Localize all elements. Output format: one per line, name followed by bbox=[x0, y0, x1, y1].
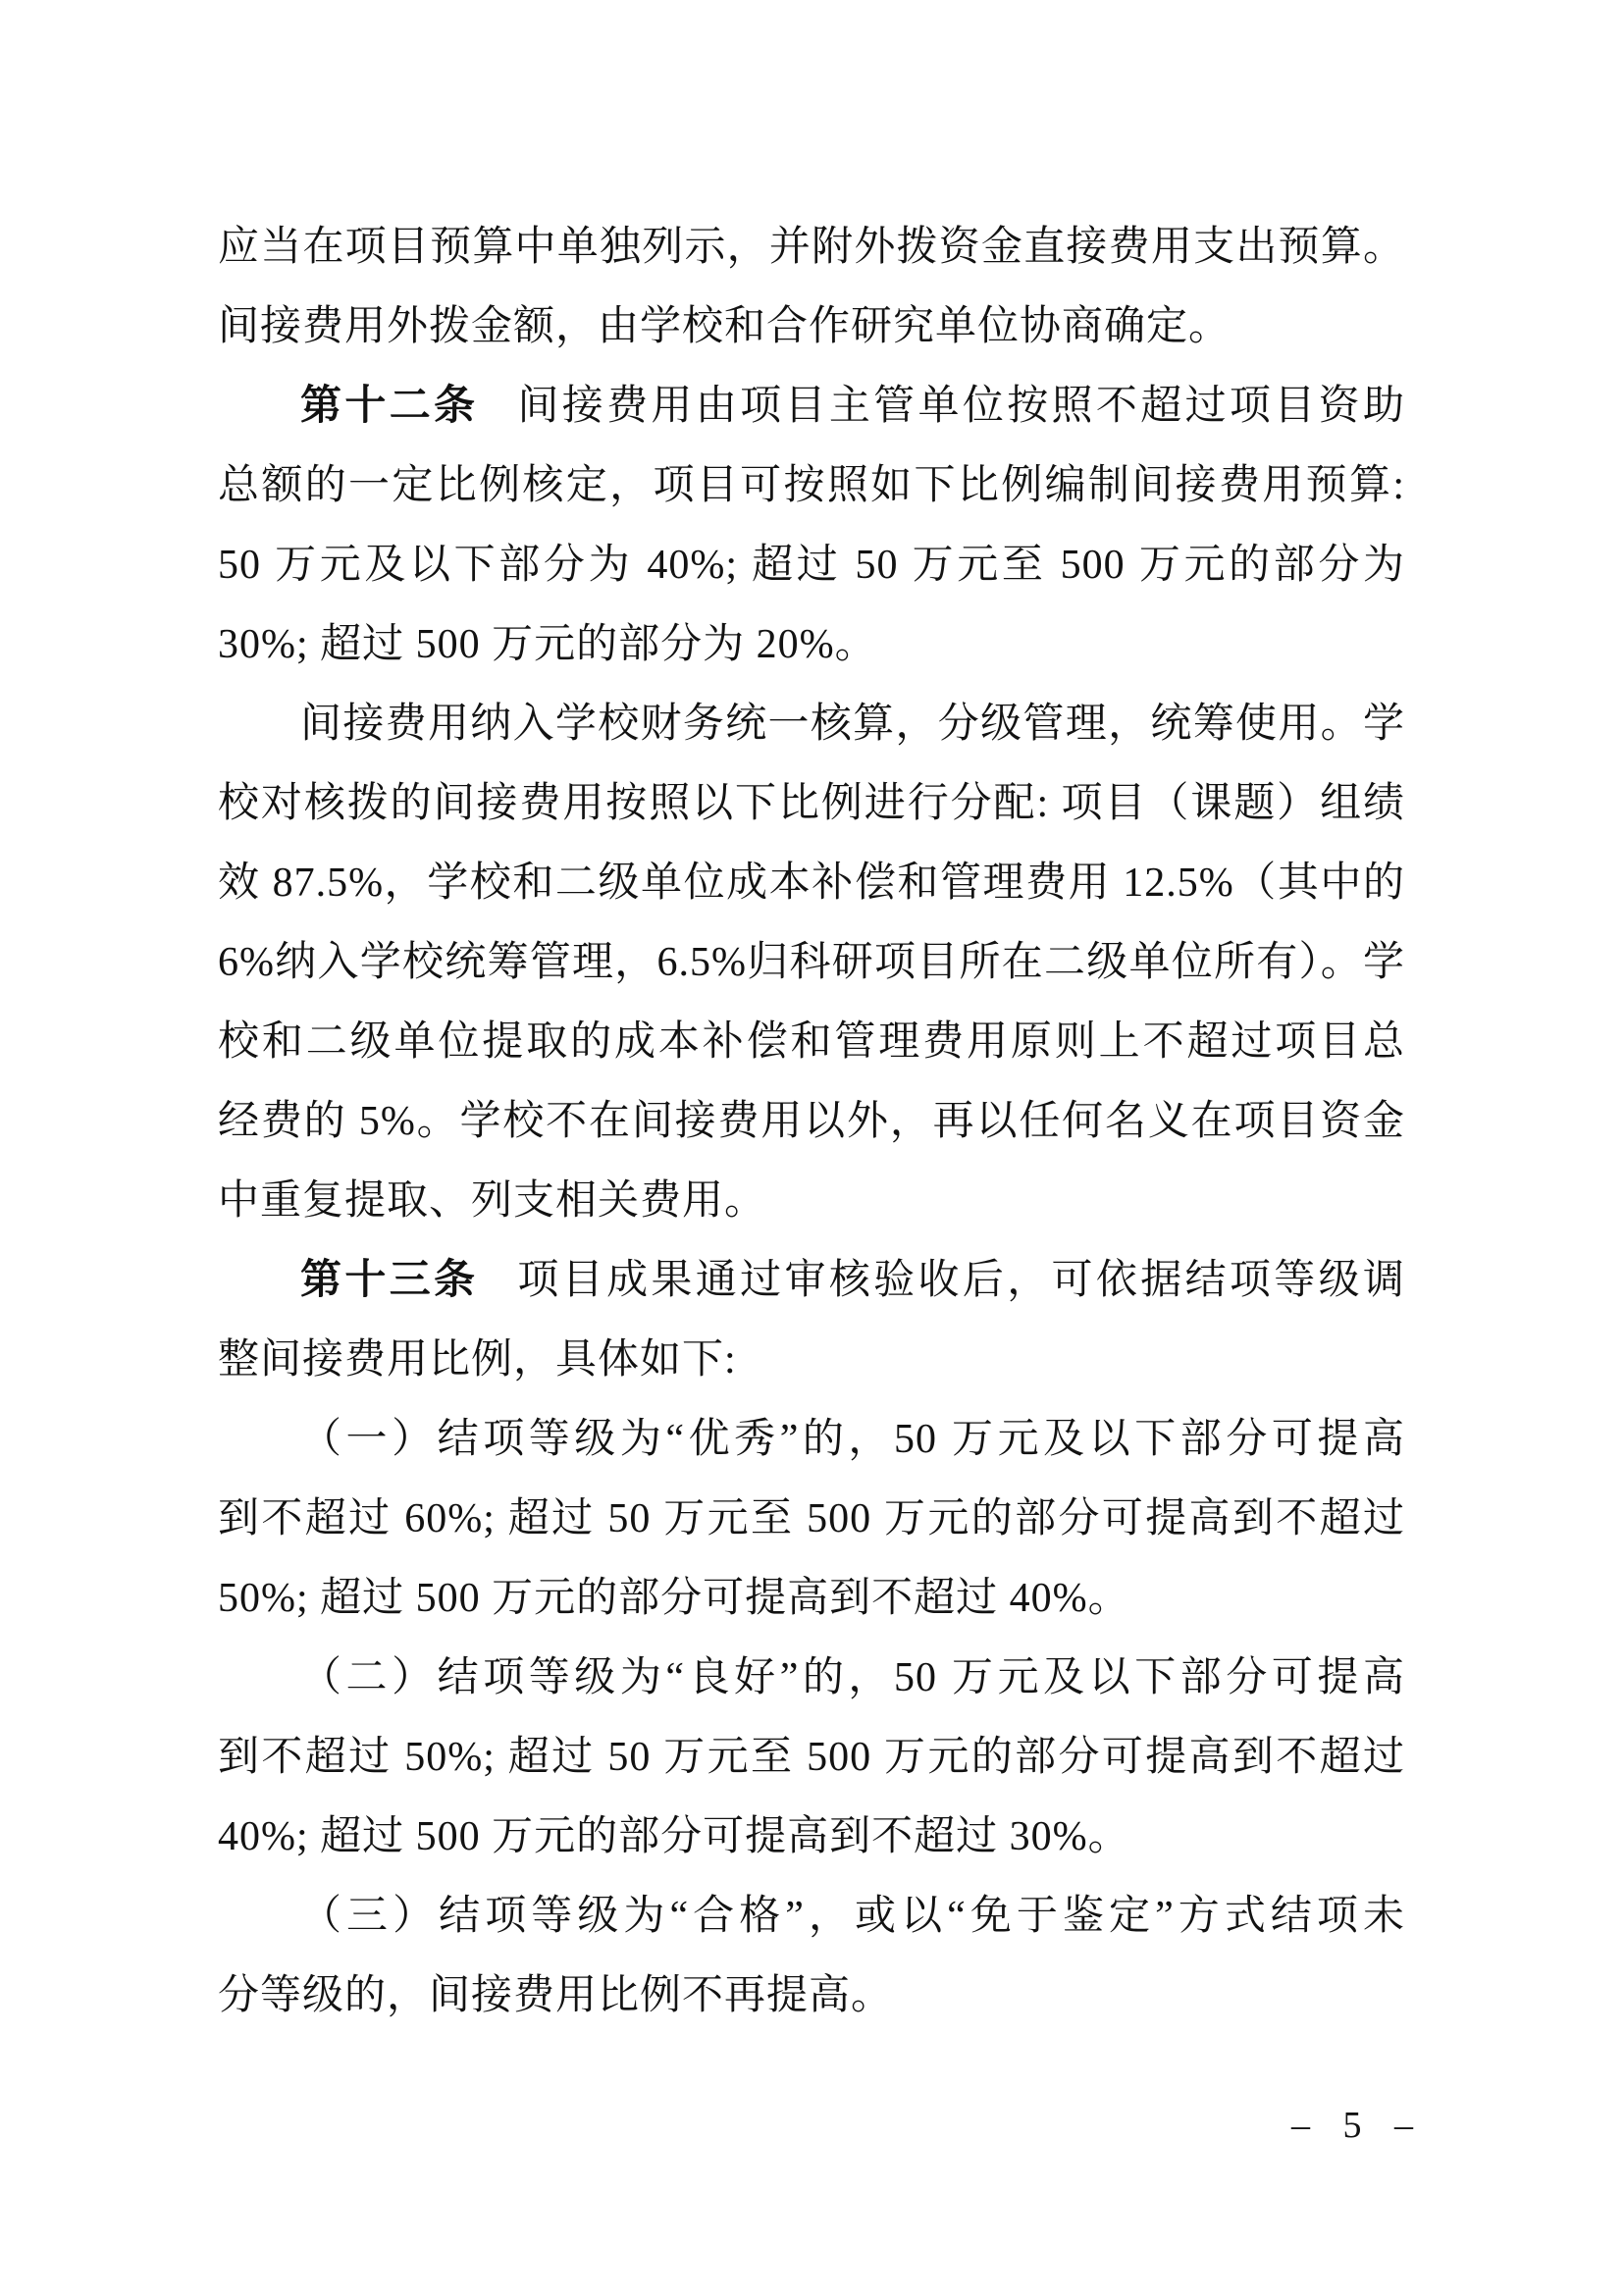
text-line: 中重复提取、列支相关费用。 bbox=[218, 1162, 1405, 1241]
text-line: 到不超过 60%; 超过 50 万元至 500 万元的部分可提高到不超过 bbox=[218, 1480, 1405, 1559]
line-text: 到不超过 60%; 超过 50 万元至 500 万元的部分可提高到不超过 bbox=[218, 1496, 1405, 1541]
line-text: 校和二级单位提取的成本补偿和管理费用原则上不超过项目总 bbox=[218, 1019, 1405, 1065]
line-text: 间接费用由项目主管单位按照不超过项目资助 bbox=[517, 384, 1405, 429]
text-line: 40%; 超过 500 万元的部分可提高到不超过 30%。 bbox=[218, 1798, 1405, 1877]
line-text: （一）结项等级为“优秀”的，50 万元及以下部分可提高 bbox=[300, 1417, 1405, 1462]
page-number: – 5 – bbox=[1291, 2102, 1420, 2149]
text-line: 50%; 超过 500 万元的部分可提高到不超过 40%。 bbox=[218, 1559, 1405, 1639]
line-text: 整间接费用比例，具体如下: bbox=[218, 1337, 737, 1383]
text-line: 校和二级单位提取的成本补偿和管理费用原则上不超过项目总 bbox=[218, 1003, 1405, 1082]
text-line: 总额的一定比例核定，项目可按照如下比例编制间接费用预算: bbox=[218, 446, 1405, 526]
text-line: 经费的 5%。学校不在间接费用以外，再以任何名义在项目资金 bbox=[218, 1082, 1405, 1162]
text-line: （三）结项等级为“合格”，或以“免于鉴定”方式结项未 bbox=[218, 1877, 1405, 1957]
article-number: 第十三条 bbox=[300, 1258, 478, 1303]
line-text: （二）结项等级为“良好”的，50 万元及以下部分可提高 bbox=[300, 1655, 1405, 1700]
line-text: 校对核拨的间接费用按照以下比例进行分配: 项目（课题）组绩 bbox=[218, 781, 1405, 826]
text-line: （一）结项等级为“优秀”的，50 万元及以下部分可提高 bbox=[218, 1400, 1405, 1480]
text-line: 整间接费用比例，具体如下: bbox=[218, 1321, 1405, 1400]
document-page: 应当在项目预算中单独列示，并附外拨资金直接费用支出预算。间接费用外拨金额，由学校… bbox=[0, 0, 1624, 2296]
text-line: 间接费用纳入学校财务统一核算，分级管理，统筹使用。学 bbox=[218, 685, 1405, 764]
line-text: 项目成果通过审核验收后，可依据结项等级调 bbox=[517, 1258, 1405, 1303]
document-body: 应当在项目预算中单独列示，并附外拨资金直接费用支出预算。间接费用外拨金额，由学校… bbox=[218, 208, 1405, 2036]
text-line: 第十二条间接费用由项目主管单位按照不超过项目资助 bbox=[218, 367, 1405, 446]
text-line: 校对核拨的间接费用按照以下比例进行分配: 项目（课题）组绩 bbox=[218, 764, 1405, 844]
line-text: 50 万元及以下部分为 40%; 超过 50 万元至 500 万元的部分为 bbox=[218, 543, 1405, 588]
text-line: 30%; 超过 500 万元的部分为 20%。 bbox=[218, 605, 1405, 685]
line-text: 到不超过 50%; 超过 50 万元至 500 万元的部分可提高到不超过 bbox=[218, 1735, 1405, 1780]
article-number: 第十二条 bbox=[300, 384, 478, 429]
text-line: 50 万元及以下部分为 40%; 超过 50 万元至 500 万元的部分为 bbox=[218, 526, 1405, 605]
text-line: 6%纳入学校统筹管理，6.5%归科研项目所在二级单位所有）。学 bbox=[218, 923, 1405, 1003]
line-text: 间接费用纳入学校财务统一核算，分级管理，统筹使用。学 bbox=[300, 702, 1405, 747]
line-text: 经费的 5%。学校不在间接费用以外，再以任何名义在项目资金 bbox=[218, 1099, 1405, 1144]
line-text: 应当在项目预算中单独列示，并附外拨资金直接费用支出预算。 bbox=[218, 225, 1405, 270]
text-line: 间接费用外拨金额，由学校和合作研究单位协商确定。 bbox=[218, 287, 1405, 367]
text-line: 第十三条项目成果通过审核验收后，可依据结项等级调 bbox=[218, 1241, 1405, 1321]
line-text: 30%; 超过 500 万元的部分为 20%。 bbox=[218, 622, 877, 667]
line-text: 40%; 超过 500 万元的部分可提高到不超过 30%。 bbox=[218, 1814, 1130, 1859]
text-line: 分等级的，间接费用比例不再提高。 bbox=[218, 1957, 1405, 2036]
text-line: 应当在项目预算中单独列示，并附外拨资金直接费用支出预算。 bbox=[218, 208, 1405, 287]
line-text: 分等级的，间接费用比例不再提高。 bbox=[218, 1973, 893, 2018]
text-line: 到不超过 50%; 超过 50 万元至 500 万元的部分可提高到不超过 bbox=[218, 1718, 1405, 1798]
line-text: 总额的一定比例核定，项目可按照如下比例编制间接费用预算: bbox=[218, 463, 1405, 508]
line-text: 效 87.5%，学校和二级单位成本补偿和管理费用 12.5%（其中的 bbox=[218, 861, 1405, 906]
line-text: 中重复提取、列支相关费用。 bbox=[218, 1178, 766, 1224]
line-text: 6%纳入学校统筹管理，6.5%归科研项目所在二级单位所有）。学 bbox=[218, 940, 1405, 985]
text-line: 效 87.5%，学校和二级单位成本补偿和管理费用 12.5%（其中的 bbox=[218, 844, 1405, 923]
line-text: （三）结项等级为“合格”，或以“免于鉴定”方式结项未 bbox=[300, 1894, 1405, 1939]
text-line: （二）结项等级为“良好”的，50 万元及以下部分可提高 bbox=[218, 1639, 1405, 1718]
line-text: 50%; 超过 500 万元的部分可提高到不超过 40%。 bbox=[218, 1576, 1130, 1621]
line-text: 间接费用外拨金额，由学校和合作研究单位协商确定。 bbox=[218, 304, 1231, 349]
